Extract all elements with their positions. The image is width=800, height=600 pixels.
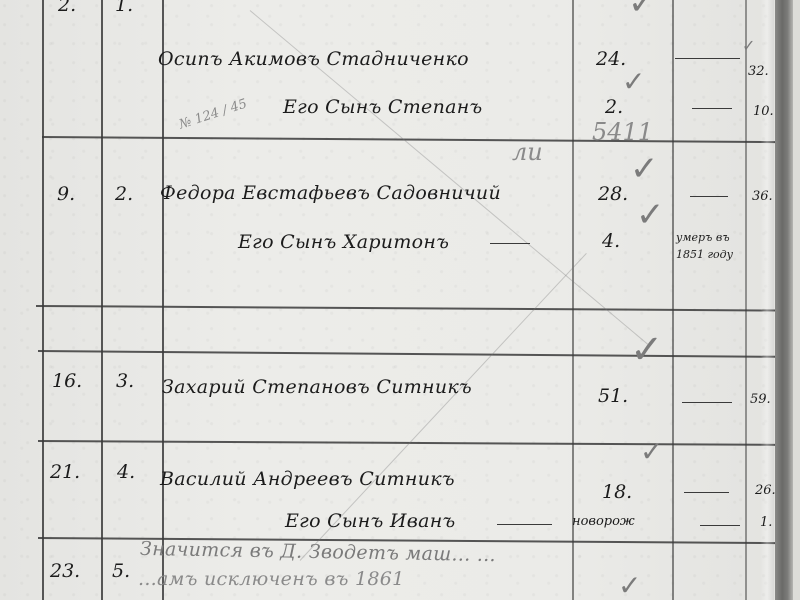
row-4-entry-1-name: Василий Андреевъ Ситникъ bbox=[160, 470, 455, 489]
row-2-entry-2-name: Его Сынъ Харитонъ bbox=[238, 233, 449, 252]
row-rule-1 bbox=[42, 136, 777, 143]
row-2-entry-1-name: Федора Евстафьевъ Садовничий bbox=[160, 184, 501, 203]
pencil-note-number: 5411 bbox=[592, 120, 653, 144]
row-3-entry-1-name: Захарий Степановъ Ситникъ bbox=[162, 378, 472, 397]
row-2-entry-2-filler-dash bbox=[490, 243, 530, 244]
row-4-entry-2-col6: 1. bbox=[760, 516, 772, 529]
row-2-entry-1-col6: 36. bbox=[752, 190, 773, 203]
row-3-family-number: 3. bbox=[116, 372, 134, 391]
row-2-entry-2-death-note: умеръ въ 1851 году bbox=[676, 230, 746, 263]
check-mark-icon: ✓ bbox=[618, 572, 641, 600]
row-4-family-number: 4. bbox=[117, 463, 135, 482]
row-1-entry-1-col6: 32. bbox=[748, 65, 769, 78]
row-5-pencil-note-line-1: Значится въ Д. Зводетъ маш... ... bbox=[140, 540, 496, 565]
row-4-entry-1-age: 18. bbox=[602, 483, 632, 502]
row-2-entry-2-age: 4. bbox=[602, 232, 620, 251]
pencil-note-archive-ref: № 124 / 45 bbox=[178, 97, 249, 131]
check-mark-icon: ✓ bbox=[630, 330, 664, 370]
check-mark-icon: ✓ bbox=[630, 152, 659, 186]
row-1-entry-1-name: Осипъ Акимовъ Стадниченко bbox=[158, 50, 469, 69]
row-3-entry-1-col6: 59. bbox=[750, 393, 771, 406]
row-2-number: 9. bbox=[57, 185, 75, 204]
row-1-entry-1-dash bbox=[675, 58, 740, 59]
row-5-family-number: 5. bbox=[112, 562, 130, 581]
check-mark-icon: ✓ bbox=[640, 438, 663, 466]
column-rule-4 bbox=[572, 0, 574, 600]
row-4-entry-2-dash bbox=[700, 525, 740, 526]
row-3-entry-1-age: 51. bbox=[598, 387, 628, 406]
row-3-entry-1-dash bbox=[682, 402, 732, 403]
row-4-entry-1-col6: 26. bbox=[755, 484, 776, 497]
row-rule-3 bbox=[38, 350, 777, 357]
row-4-entry-2-filler-dash bbox=[497, 524, 552, 525]
row-rule-2 bbox=[36, 305, 777, 311]
column-rule-1 bbox=[42, 0, 44, 600]
check-mark-icon: ✓ bbox=[742, 38, 755, 54]
pencil-note-initials: ли bbox=[512, 140, 543, 164]
row-5-pencil-note-line-2: ...амъ исключенъ въ 1861 bbox=[138, 570, 405, 589]
next-page-edge bbox=[793, 0, 800, 600]
row-1-entry-2-dash bbox=[692, 108, 732, 109]
row-4-entry-2-name: Его Сынъ Иванъ bbox=[285, 512, 456, 531]
row-5-number: 23. bbox=[50, 562, 80, 581]
column-rule-3 bbox=[162, 0, 164, 600]
row-1-number: 2. bbox=[58, 0, 76, 15]
row-1-family-number: 1. bbox=[115, 0, 133, 15]
check-mark-icon: ✓ bbox=[636, 198, 665, 232]
column-rule-2 bbox=[101, 0, 103, 600]
row-4-number: 21. bbox=[50, 463, 80, 482]
census-page: 2. 1. Осипъ Акимовъ Стадниченко 24. 32. … bbox=[0, 0, 800, 600]
check-mark-icon: ✓ bbox=[628, 0, 657, 20]
check-mark-icon: ✓ bbox=[622, 68, 645, 96]
row-1-entry-2-col6: 10. bbox=[753, 105, 774, 118]
page-binding bbox=[775, 0, 793, 600]
column-rule-5 bbox=[672, 0, 674, 600]
row-2-family-number: 2. bbox=[115, 185, 133, 204]
row-4-entry-2-age: новорож bbox=[572, 515, 635, 528]
row-4-entry-1-dash bbox=[684, 492, 729, 493]
page-fold-shadow bbox=[760, 0, 774, 600]
row-1-entry-2-age: 2. bbox=[605, 98, 623, 117]
row-1-entry-2-name: Его Сынъ Степанъ bbox=[283, 98, 483, 117]
row-3-number: 16. bbox=[52, 372, 82, 391]
row-2-entry-1-age: 28. bbox=[598, 185, 628, 204]
row-2-entry-1-dash bbox=[690, 196, 728, 197]
column-rule-6 bbox=[745, 0, 747, 600]
